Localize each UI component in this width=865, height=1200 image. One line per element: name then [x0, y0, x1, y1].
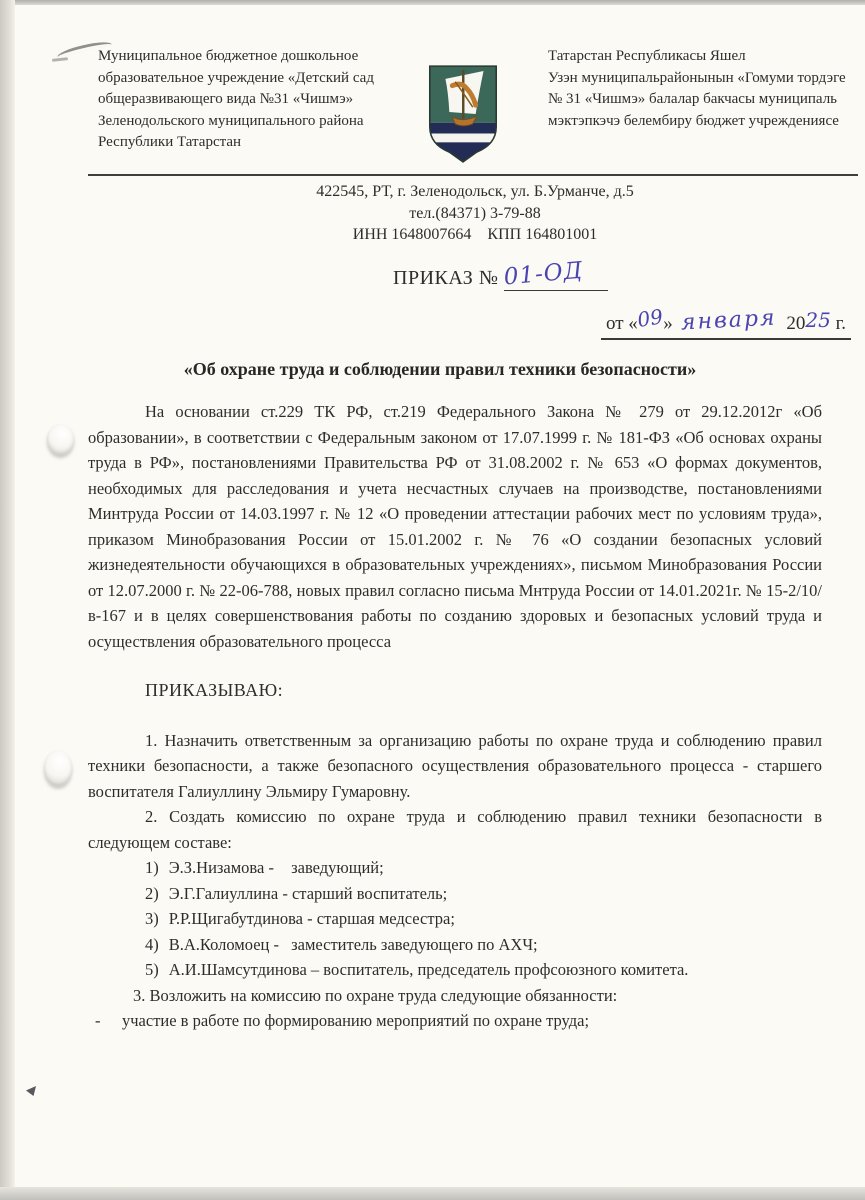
bullet-dash: - — [95, 1008, 122, 1034]
org-name-russian: Муниципальное бюджетное дошкольное образ… — [98, 46, 400, 171]
member-number: 4) — [145, 935, 159, 954]
date-day-handwritten: 09 — [635, 304, 664, 332]
member-name: В.А.Коломоец - — [169, 935, 279, 954]
org-name-tatar: Татарстан Республикасы Яшел Узэн муницип… — [548, 46, 865, 171]
pen-mark-small — [52, 57, 68, 62]
date-quote-close: » — [663, 313, 673, 334]
order-label: ПРИКАЗ № — [393, 267, 498, 289]
member-name: Р.Р.Щигабутдинова - — [169, 909, 313, 928]
order-item-1: 1. Назначить ответственным за организаци… — [88, 728, 822, 805]
address-block: 422545, РТ, г. Зеленодольск, ул. Б.Урман… — [155, 181, 795, 246]
member-number: 5) — [145, 960, 159, 979]
order-date-underline: от «09»января2025 г. — [601, 310, 851, 340]
member-number: 1) — [145, 858, 159, 877]
member-number: 3) — [145, 909, 159, 928]
header-divider — [88, 174, 858, 176]
order-title: «Об охране труда и соблюдении правил тех… — [60, 359, 820, 380]
commission-list: 1)Э.З.Низамова - заведующий; 2)Э.Г.Галиу… — [145, 855, 822, 983]
hole-punch-top — [47, 424, 74, 455]
member-role: старшая медсестра; — [317, 909, 455, 928]
scan-edge-left — [0, 0, 15, 1200]
order-item-3: 3. Возложить на комиссию по охране труда… — [88, 983, 822, 1009]
command-word: ПРИКАЗЫВАЮ: — [145, 678, 822, 704]
preamble-paragraph: На основании ст.229 ТК РФ, ст.219 Федера… — [88, 399, 822, 654]
commission-member: 1)Э.З.Низамова - заведующий; — [145, 855, 822, 881]
scan-edge-bottom — [0, 1187, 865, 1200]
commission-member: 2)Э.Г.Галиуллина - старший воспитатель; — [145, 881, 822, 907]
member-number: 2) — [145, 884, 159, 903]
member-name: Э.З.Низамова - — [169, 858, 274, 877]
duty-text: участие в работе по формированию меропри… — [122, 1008, 589, 1034]
commission-member: 5)А.И.Шамсутдинова – воспитатель, предсе… — [145, 957, 822, 983]
member-role: воспитатель, председатель профсоюзного к… — [323, 960, 688, 979]
pen-mark-bottom — [26, 1086, 36, 1096]
date-year-handwritten: 25 — [805, 308, 830, 332]
duty-bullet: - участие в работе по формированию мероп… — [95, 1008, 822, 1034]
letterhead: Муниципальное бюджетное дошкольное образ… — [98, 46, 865, 171]
order-number-line: ПРИКАЗ №01-ОД — [393, 264, 608, 291]
order-number-handwritten: 01-ОД — [503, 258, 585, 291]
coat-of-arms-icon — [420, 62, 506, 171]
order-body: На основании ст.229 ТК РФ, ст.219 Федера… — [88, 399, 822, 1034]
order-date-line: от «09»января2025 г. — [601, 310, 851, 340]
member-role: старший воспитатель; — [292, 884, 447, 903]
hole-punch-bottom — [44, 750, 72, 786]
scan-edge-top — [0, 0, 865, 5]
commission-member: 4)В.А.Коломоец - заместитель заведующего… — [145, 932, 822, 958]
date-suffix: г. — [836, 313, 846, 334]
date-year-printed: 20 — [786, 313, 805, 334]
order-number-blank: 01-ОД — [504, 264, 608, 291]
commission-member: 3)Р.Р.Щигабутдинова - старшая медсестра; — [145, 906, 822, 932]
date-prefix: от « — [606, 313, 638, 334]
order-item-2: 2. Создать комиссию по охране труда и со… — [88, 804, 822, 855]
member-role: заместитель заведующего по АХЧ; — [291, 935, 538, 954]
member-name: А.И.Шамсутдинова – — [169, 960, 319, 979]
date-month-handwritten: января — [680, 306, 777, 336]
scanned-document-page: Муниципальное бюджетное дошкольное образ… — [0, 0, 865, 1200]
member-name: Э.Г.Галиуллина - — [169, 884, 288, 903]
member-role: заведующий; — [291, 858, 384, 877]
